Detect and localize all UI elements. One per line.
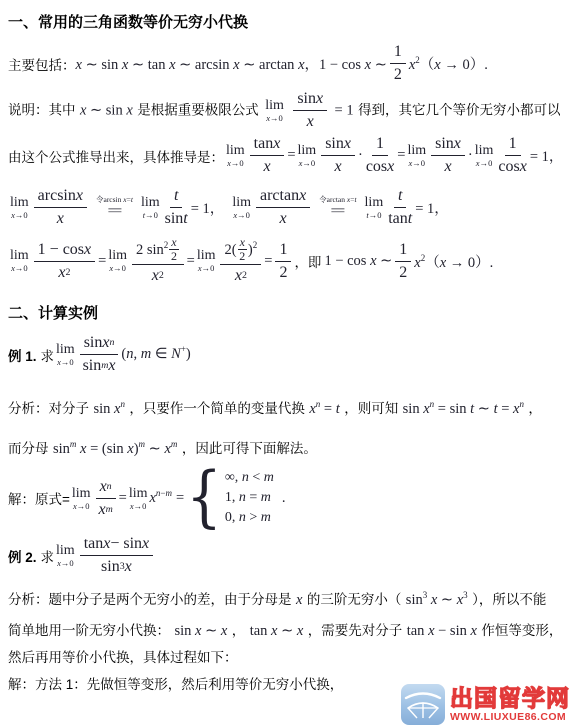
equals-one: = 1，	[415, 197, 449, 218]
limit-operator: lim x→0	[56, 544, 75, 568]
derive-label: 由这个公式推导出来，具体推导是：	[8, 146, 224, 166]
denominator: x2	[235, 265, 247, 286]
lim-word: lim	[56, 544, 75, 558]
lim-subscript: x→0	[73, 502, 90, 511]
note-text: 得到，其它几个等价无穷小都可以	[358, 103, 561, 118]
case-row: 0, n > m	[225, 510, 274, 526]
numerator: x	[238, 236, 247, 250]
lim-word: lim	[129, 487, 148, 501]
analysis-text: ，只要作一个简单的变量代换	[129, 401, 305, 416]
limit-operator: lim x→0	[197, 249, 216, 273]
denominator: xm	[98, 499, 112, 520]
numerator: sin x	[431, 134, 465, 156]
fraction-one-half: 1 2	[395, 240, 411, 283]
limit-operator: lim x→0	[72, 487, 91, 511]
fraction-tanx-minus-sinx-over-sin3x: tan x − sin x sin3 x	[80, 534, 153, 577]
analysis-text: 然后再用等价小代换，具体过程如下：	[8, 650, 238, 665]
line-derivation-tanx: 由这个公式推导出来，具体推导是： lim x→0 tan x x = lim x…	[8, 134, 568, 177]
analysis-text: ，需要先对分子	[308, 623, 403, 638]
math-run: tan x − sin x	[407, 623, 477, 639]
limit-operator: lim x→0	[226, 144, 245, 168]
seek-text: 求	[41, 546, 55, 566]
line-main-equivalents: 主要包括： x ∼ sin x ∼ tan x ∼ arcsin x ∼ arc…	[8, 42, 568, 85]
analysis-text: 的三阶无穷小（	[307, 592, 402, 607]
bridge-icon-graphic	[404, 688, 442, 722]
fraction-sinx-over-x: sin x x	[321, 134, 355, 177]
denominator: 2	[279, 262, 287, 283]
lim-word: lim	[10, 196, 29, 210]
analysis-text: 而分母	[8, 441, 49, 456]
lim-subscript: x→0	[11, 264, 28, 273]
numerator: sin x	[293, 89, 327, 111]
section2-heading: 二、计算实例	[8, 302, 568, 323]
analysis-text: ，因此可得下面解法。	[182, 441, 317, 456]
denominator: cos x	[498, 156, 526, 177]
math-run: sin3 x ∼ x3	[406, 592, 468, 608]
cos-text: ，即	[294, 251, 321, 271]
limit-operator: lim x→0	[407, 144, 426, 168]
limit-operator: lim x→0	[10, 196, 29, 220]
site-watermark-logo: 出国留学网 WWW.LIUXUE86.COM	[401, 684, 570, 725]
limit-operator: lim x→0	[232, 196, 251, 220]
line-derivation-one-minus-cos: lim x→0 1 − cos x x2 = lim x→0 2 sin2 x …	[8, 236, 568, 286]
left-brace: {	[186, 465, 222, 531]
line-example2: 例 2. 求 lim x→0 tan x − sin x sin3 x	[8, 534, 568, 577]
lim-word: lim	[226, 144, 245, 158]
fraction-2-half-x-squared-over-x2: 2( x 2 )2 x2	[220, 236, 261, 286]
denominator: x2	[152, 265, 164, 286]
lim-word: lim	[56, 343, 75, 357]
limit-operator: lim x→0	[129, 487, 148, 511]
denominator: x	[307, 111, 314, 132]
equals-sign: =	[176, 490, 184, 507]
note-text: 是根据重要极限公式	[137, 103, 259, 118]
fraction-one-half: 1 2	[390, 42, 406, 85]
analysis-text: ，则可知	[344, 401, 398, 416]
lim-subscript: x→0	[109, 264, 126, 273]
denominator: sin t	[165, 208, 188, 229]
annotated-equals: 令arcsin x=t =	[96, 196, 133, 220]
denominator: x2	[58, 262, 70, 283]
math-run: xn = t	[309, 401, 339, 417]
math-run: sin xn = sin t ∼ t = xn	[403, 401, 524, 417]
example2-label: 例 2.	[8, 546, 37, 566]
fraction-one-half: 1 2	[275, 240, 291, 283]
equals-sign: =	[119, 490, 127, 507]
lim-subscript: t→0	[366, 211, 381, 220]
denominator: x	[335, 156, 342, 177]
lim-subscript: x→0	[57, 559, 74, 568]
numerator: t	[170, 186, 182, 208]
numerator: sin xn	[80, 333, 119, 355]
numerator: 2( x 2 )2	[220, 236, 261, 265]
math-run: 1 − cos x ∼	[324, 253, 392, 270]
case-rows: ∞, n < m 1, n = m 0, n > m	[225, 470, 274, 526]
numerator: tan x − sin x	[80, 534, 153, 556]
analysis-text: 简单地用一阶无穷小代换：	[8, 623, 170, 638]
analysis-text: ，	[528, 401, 542, 416]
lim-word: lim	[298, 144, 317, 158]
fraction-one-over-cosx: 1 cos x	[366, 134, 394, 177]
numerator: 1	[390, 42, 406, 64]
numerator: arctan x	[256, 186, 310, 208]
lim-subscript: t→0	[143, 211, 158, 220]
numerator: sin x	[321, 134, 355, 156]
lim-subscript: x→0	[266, 114, 283, 123]
line-explanation: 说明：其中 x ∼ sin x 是根据重要极限公式 lim x→0 sin x …	[8, 89, 568, 132]
math-run: xn−m	[149, 490, 172, 507]
multiplication-dot: ·	[358, 147, 363, 164]
substitution-annotation: 令arctan x=t	[319, 196, 356, 204]
example1-label: 例 1.	[8, 345, 37, 365]
fraction-xn-over-xm: xn xm	[96, 477, 116, 520]
equals-sign: =	[330, 205, 346, 219]
fraction-t-over-sint: t sin t	[165, 186, 188, 229]
math-run: sin x ∼ x	[174, 623, 227, 639]
lim-subscript: x→0	[227, 159, 244, 168]
denominator: 2	[239, 250, 245, 263]
equals-sign: =	[187, 253, 195, 270]
substitution-annotation: 令arcsin x=t	[96, 196, 133, 204]
math-run: x ∼ sin x	[80, 103, 133, 119]
math-run: 2 sin2	[136, 241, 168, 259]
document-page: 一、常用的三角函数等价无穷小代换 主要包括： x ∼ sin x ∼ tan x…	[0, 0, 574, 694]
lim-subscript: x→0	[409, 159, 426, 168]
denominator: sin3 x	[101, 556, 132, 577]
analysis-text: ），所以不能	[472, 592, 546, 607]
multiplication-dot: ·	[468, 147, 473, 164]
lim-word: lim	[10, 249, 29, 263]
site-url: WWW.LIUXUE86.COM	[450, 712, 566, 723]
logo-text-block: 出国留学网 WWW.LIUXUE86.COM	[450, 687, 570, 723]
math-run: x2（x → 0）.	[414, 251, 493, 272]
annotated-equals: 令arctan x=t =	[319, 196, 356, 220]
fraction-1-minus-cosx-over-x2: 1 − cos x x2	[34, 240, 95, 283]
lim-subscript: x→0	[57, 358, 74, 367]
fraction-x-over-2: x 2	[238, 236, 247, 263]
lim-word: lim	[475, 144, 494, 158]
equals-sign: =	[107, 205, 123, 219]
limit-operator: lim x→0	[10, 249, 29, 273]
analysis-text: 作恒等变形，	[481, 623, 562, 638]
numerator: x	[169, 236, 178, 250]
solution-label: 解：原式=	[8, 488, 70, 508]
line-derivation-arcsin-arctan: lim x→0 arcsin x x 令arcsin x=t = lim t→0…	[8, 186, 568, 229]
lim-word: lim	[232, 196, 251, 210]
fraction-one-over-cosx: 1 cos x	[498, 134, 526, 177]
period: .	[282, 490, 286, 507]
math-run: x2（x → 0）.	[409, 53, 488, 74]
denominator: cos x	[366, 156, 394, 177]
denominator: x	[57, 208, 64, 229]
fraction-2sin2-half-x-over-x2: 2 sin2 x 2 x2	[132, 236, 184, 286]
equals-sign: =	[264, 253, 272, 270]
seek-text: 求	[41, 345, 55, 365]
fraction-arcsinx-over-x: arcsin x x	[34, 186, 87, 229]
lim-subscript: x→0	[11, 211, 28, 220]
limit-operator: lim x→0	[108, 249, 127, 273]
math-run: sin xn	[93, 401, 124, 417]
limit-operator: lim x→0	[298, 144, 317, 168]
lim-word: lim	[407, 144, 426, 158]
denominator: 2	[171, 250, 177, 263]
math-run: x	[296, 592, 302, 608]
math-run: = 1	[335, 103, 354, 119]
analysis-text: ，	[232, 623, 246, 638]
lim-subscript: x→0	[299, 159, 316, 168]
fraction-arctanx-over-x: arctan x x	[256, 186, 310, 229]
lim-word: lim	[365, 196, 384, 210]
section1-heading: 一、常用的三角函数等价无穷小代换	[8, 11, 568, 32]
denominator: sinm x	[83, 355, 116, 376]
math-run: 2(	[224, 241, 236, 259]
piecewise-cases: { ∞, n < m 1, n = m 0, n > m	[186, 470, 274, 526]
equals-sign: =	[397, 147, 405, 164]
line-analysis1-part2: 而分母 sinm x = (sin x)m ∼ xm ，因此可得下面解法。	[8, 437, 568, 458]
lim-subscript: x→0	[130, 502, 147, 511]
limit-operator: lim x→0	[265, 99, 284, 123]
note-label: 说明：其中	[8, 103, 76, 118]
numerator: 1	[395, 240, 411, 262]
case-row: 1, n = m	[225, 490, 274, 506]
analysis-label: 分析：题中分子是两个无穷小的差，由于分母是	[8, 592, 292, 607]
denominator: 2	[399, 262, 407, 283]
lim-subscript: x→0	[476, 159, 493, 168]
numerator: t	[394, 186, 406, 208]
limit-operator: lim x→0	[56, 343, 75, 367]
lim-subscript: x→0	[233, 211, 250, 220]
lim-word: lim	[108, 249, 127, 263]
site-brand-name: 出国留学网	[450, 687, 570, 710]
equals-one: = 1，	[530, 145, 564, 166]
denominator: x	[263, 156, 270, 177]
fraction-tanx-over-x: tan x x	[250, 134, 285, 177]
line-analysis2-part1: 分析：题中分子是两个无穷小的差，由于分母是 x 的三阶无穷小（ sin3 x ∼…	[8, 588, 568, 609]
numerator: 2 sin2 x 2	[132, 236, 184, 265]
analysis-label: 分析：对分子	[8, 401, 89, 416]
equals-sign: =	[98, 253, 106, 270]
math-run: tan x ∼ x	[250, 623, 304, 639]
math-run: sinm x = (sin x)m ∼ xm	[53, 441, 177, 457]
line-analysis2-part3: 然后再用等价小代换，具体过程如下：	[8, 646, 568, 667]
fraction-sinx-over-x: sin x x	[293, 89, 327, 132]
denominator: x	[444, 156, 451, 177]
case-row: ∞, n < m	[225, 470, 274, 486]
numerator: 1 − cos x	[34, 240, 95, 262]
lim-word: lim	[197, 249, 216, 263]
line-analysis1-part1: 分析：对分子 sin xn ，只要作一个简单的变量代换 xn = t ，则可知 …	[8, 397, 568, 418]
limit-operator: lim x→0	[475, 144, 494, 168]
line-analysis2-part2: 简单地用一阶无穷小代换： sin x ∼ x ， tan x ∼ x ，需要先对…	[8, 619, 568, 640]
limit-operator: lim t→0	[141, 196, 160, 220]
fraction-sinxn-over-sinmx: sin xn sinm x	[80, 333, 119, 376]
fraction-x-over-2: x 2	[169, 236, 178, 263]
denominator: x	[280, 208, 287, 229]
condition: (n, m ∈ N+)	[121, 346, 190, 363]
lim-word: lim	[265, 99, 284, 113]
bridge-icon	[401, 684, 445, 725]
numerator: 1	[275, 240, 291, 262]
include-label: 主要包括：	[8, 54, 76, 74]
lim-word: lim	[141, 196, 160, 210]
lim-subscript: x→0	[198, 264, 215, 273]
numerator: tan x	[250, 134, 285, 156]
line-example1: 例 1. 求 lim x→0 sin xn sinm x (n, m ∈ N+)	[8, 333, 568, 376]
denominator: tan t	[388, 208, 412, 229]
denominator: 2	[394, 64, 402, 85]
limit-operator: lim t→0	[365, 196, 384, 220]
numerator: xn	[96, 477, 116, 499]
line-solution1: 解：原式= lim x→0 xn xm = lim x→0 xn−m = { ∞…	[8, 470, 568, 526]
math-run: )2	[248, 241, 257, 259]
equals-sign: =	[287, 147, 295, 164]
lim-word: lim	[72, 487, 91, 501]
math-run: x ∼ sin x ∼ tan x ∼ arcsin x ∼ arctan x，…	[76, 53, 387, 74]
fraction-sinx-over-x: sin x x	[431, 134, 465, 177]
numerator: 1	[505, 134, 521, 156]
numerator: arcsin x	[34, 186, 87, 208]
equals-one: = 1，	[191, 197, 225, 218]
solution-text: 解：方法 1：先做恒等变形，然后利用等价无穷小代换，	[8, 677, 343, 692]
numerator: 1	[372, 134, 388, 156]
fraction-t-over-tant: t tan t	[388, 186, 412, 229]
